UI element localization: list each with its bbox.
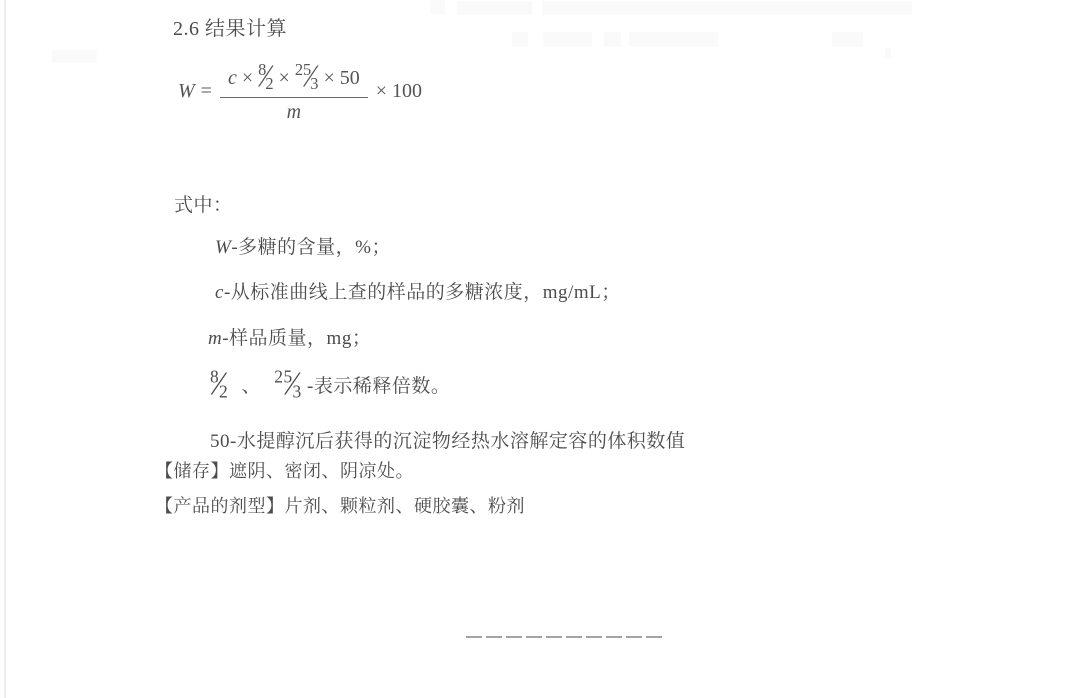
scan-artifact [512,32,528,47]
dilution-text: -表示稀释倍数。 [307,376,450,397]
formula-denominator-m: m [287,98,301,124]
definition-text: -从标准曲线上查的样品的多糖浓度，mg/mL； [224,282,621,303]
formula: W = c × 8⁄2 × 25⁄3 × 50 m × 100 [178,58,422,124]
definition-text: -多糖的含量，%； [231,237,391,258]
fraction-slash: ⁄ [263,59,268,95]
formula-numerator: c × 8⁄2 × 25⁄3 × 50 [220,58,368,98]
formula-fraction: c × 8⁄2 × 25⁄3 × 50 m [220,58,368,124]
dilution-note: 8⁄2 、 25⁄3 -表示稀释倍数。 [210,366,450,402]
scan-artifact [543,32,592,47]
page-edge-line [4,0,6,698]
section-heading: 2.6 结果计算 [173,12,287,41]
scan-artifact [542,1,912,15]
scan-artifact [52,50,97,63]
fraction-slash: ⁄ [216,365,222,403]
definition-w: W-多糖的含量，%； [215,232,391,259]
definition-symbol: c [215,282,224,303]
formula-times: × [323,67,334,90]
formula-var-c: c [228,67,237,90]
definition-symbol: W [215,237,231,258]
formula-lhs: W [178,80,195,103]
volume-note: 50-水提醇沉后获得的沉淀物经热水溶解定容的体积数值 [210,426,685,453]
scan-artifact [885,48,891,58]
dosage-forms-line: 【产品的剂型】片剂、颗粒剂、硬胶囊、粉剂 [155,492,525,518]
definition-m: m-样品质量，mg； [208,323,371,350]
fraction-25-3: 25⁄3 [274,366,301,402]
definition-symbol: m [208,328,222,349]
dilution-separator: 、 [242,376,262,397]
dashed-divider [466,636,662,638]
formula-times: × [242,67,253,90]
formula-constant-50: 50 [340,67,360,90]
document-page: 2.6 结果计算 W = c × 8⁄2 × 25⁄3 × 50 m × 100… [0,0,1080,698]
formula-multiplier: × 100 [376,80,422,103]
dosage-forms-label: 【产品的剂型】 [155,496,285,516]
storage-line: 【储存】遮阴、密闭、阴凉处。 [155,457,414,483]
scan-artifact [457,1,532,15]
scan-artifact [430,0,445,14]
scan-artifact [629,32,718,47]
definition-c: c-从标准曲线上查的样品的多糖浓度，mg/mL； [215,277,621,304]
fraction-8-2: 8⁄2 [258,60,273,94]
fraction-25-3: 25⁄3 [295,60,319,94]
formula-times: × [279,67,290,90]
storage-label: 【储存】 [155,461,229,481]
formula-equals: = [201,80,212,103]
fraction-slash: ⁄ [308,59,313,95]
fraction-8-2: 8⁄2 [210,366,228,402]
scan-artifact [604,32,621,47]
definition-text: -样品质量，mg； [222,328,371,349]
storage-value: 遮阴、密闭、阴凉处。 [229,461,414,481]
scan-artifact [832,32,863,47]
where-label: 式中： [174,190,233,217]
dosage-forms-value: 片剂、颗粒剂、硬胶囊、粉剂 [285,496,526,516]
fraction-slash: ⁄ [290,365,296,403]
